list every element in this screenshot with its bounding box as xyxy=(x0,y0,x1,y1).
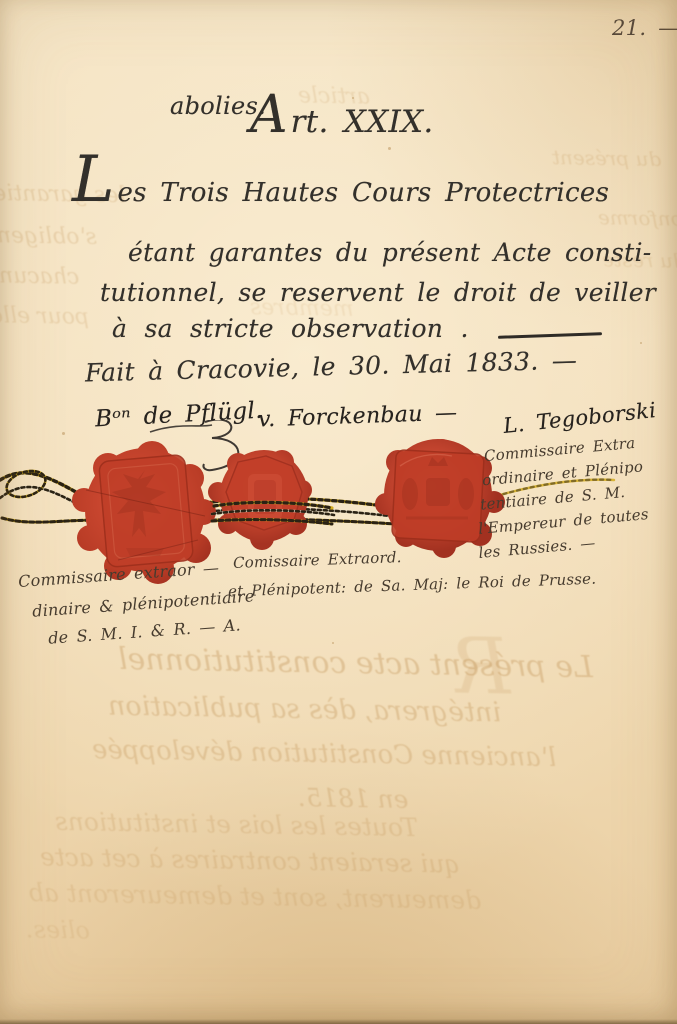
bleed-through-line: demeurent, sont et demeureront ab xyxy=(28,878,482,915)
bleed-through-line: intégrera, dès sa publication xyxy=(108,691,501,729)
bleed-through-line: en 1815. xyxy=(298,783,409,814)
bleed-through-flourish: R xyxy=(451,621,511,712)
foxing-spot xyxy=(62,432,65,435)
closing-rule xyxy=(498,332,602,339)
body-line-1: Les Trois Hautes Cours Protectrices xyxy=(72,178,609,208)
article-heading-text: rt. XXIX. xyxy=(291,104,434,140)
commission-note-prussia-line-2: et Plénipotent: de Sa. Maj: le Roi de Pr… xyxy=(228,570,597,601)
body-line-4: à sa stricte observation . xyxy=(112,314,469,343)
body-line-1-text: es Trois Hautes Cours Protectrices xyxy=(118,178,610,208)
foxing-spot xyxy=(388,147,391,150)
signature-prussia: v. Forckenbau — xyxy=(258,401,458,433)
body-line-1-initial: L xyxy=(72,143,115,217)
article-heading-initial: A xyxy=(250,85,288,145)
commission-note-prussia-line-1: Comissaire Extraord. xyxy=(233,548,402,572)
commission-note-russia: Commissaire Extra ordinaire et Plénipo t… xyxy=(483,433,651,560)
foxing-spot xyxy=(640,342,642,344)
foxing-spot xyxy=(605,190,607,193)
commission-note-austria-line-3: de S. M. I. & R. — A. xyxy=(48,615,242,647)
foxing-spot xyxy=(332,642,334,644)
bleed-through-fragment: conforme xyxy=(598,205,677,231)
bleed-through-line: qui seraient contraires à cet acte xyxy=(40,842,461,878)
bleed-through-fragment: s'obligent xyxy=(0,223,97,250)
foxing-spot xyxy=(352,97,354,99)
body-line-2: étant garantes du présent Acte consti- xyxy=(128,238,652,267)
signature-russia: L. Tegoborski xyxy=(502,398,657,438)
wax-seal-middle xyxy=(208,450,312,550)
manuscript-page: article du présent les garanties s'oblig… xyxy=(0,0,677,1024)
page-bottom-edge xyxy=(0,1019,677,1024)
bleed-through-line: Le présent acte constitutionnel xyxy=(118,642,593,685)
sealing-cord-over xyxy=(212,502,334,524)
body-line-3: tutionnel, se reservent le droit de veil… xyxy=(100,278,656,307)
article-heading: Art. XXIX. xyxy=(250,104,434,140)
dateline: Fait à Cracovie, le 30. Mai 1833. — xyxy=(85,346,578,388)
bleed-through-line: l'ancienne Constitution développée xyxy=(92,735,557,773)
bleed-through-fragment: chacune xyxy=(0,263,80,290)
page-number: 21. — xyxy=(612,16,677,40)
bleed-through-fragment: pour elle xyxy=(0,303,89,330)
bleed-through-line: Toutes les lois et institutions xyxy=(55,807,418,842)
commission-note-austria-line-1: Commissaire extraor — xyxy=(18,558,220,591)
bleed-through-fragment: du présent xyxy=(552,145,662,171)
bleed-through-line: olies. xyxy=(26,915,90,944)
signature-austria: Bᵒⁿ de Pflügl. xyxy=(94,398,263,433)
